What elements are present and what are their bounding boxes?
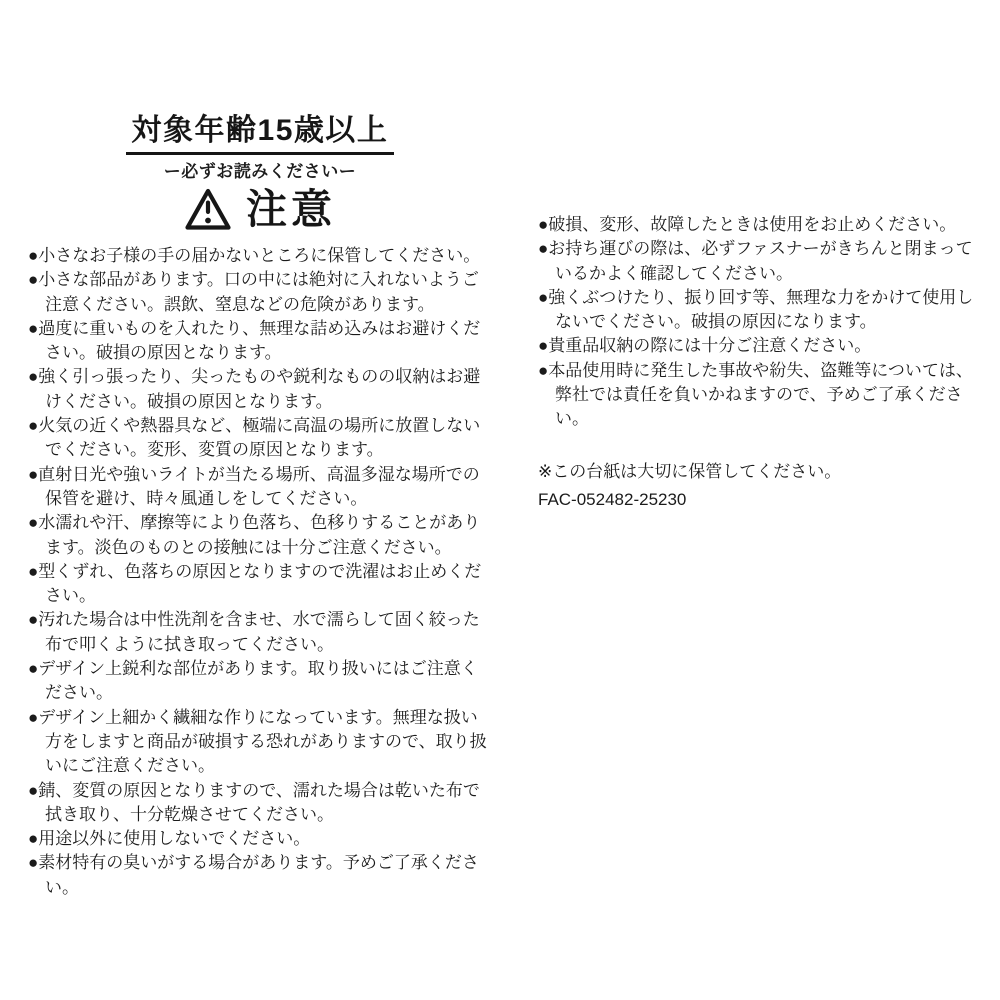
caution-item: ●直射日光や強いライトが当たる場所、高温多湿な場所での保管を避け、時々風通しをし… [28,463,492,512]
caution-list-left: ●小さなお子様の手の届かないところに保管してください。●小さな部品があります。口… [28,244,492,900]
caution-item: ●強くぶつけたり、振り回す等、無理な力をかけて使用しないでください。破損の原因に… [538,286,986,335]
caution-item: ●火気の近くや熱器具など、極端に高温の場所に放置しないでください。変形、変質の原… [28,414,492,463]
caution-heading: 注意 [28,187,492,232]
page-title: 対象年齢15歳以上 [126,114,395,155]
caution-label: 注意 [246,189,336,230]
caution-item: ●お持ち運びの際は、必ずファスナーがきちんと閉まっているかよく確認してください。 [538,237,986,286]
keep-card-note: ※この台紙は大切に保管してください。 [538,458,986,486]
product-code: FAC-052482-25230 [538,486,986,514]
caution-item: ●小さな部品があります。口の中には絶対に入れないようご注意ください。誤飲、窒息な… [28,268,492,317]
caution-item: ●破損、変形、故障したときは使用をお止めください。 [538,213,986,237]
caution-item: ●デザイン上鋭利な部位があります。取り扱いにはご注意ください。 [28,657,492,706]
notes-block: ※この台紙は大切に保管してください。 FAC-052482-25230 [538,458,986,514]
header: 対象年齢15歳以上 ー必ずお読みくださいー 注意 [28,114,492,232]
subtitle: ー必ずお読みくださいー [28,157,492,182]
left-column: ●小さなお子様の手の届かないところに保管してください。●小さな部品があります。口… [28,244,492,900]
caution-item: ●水濡れや汗、摩擦等により色落ち、色移りすることがあります。淡色のものとの接触に… [28,511,492,560]
caution-item: ●本品使用時に発生した事故や紛失、盗難等については、弊社では責任を負いかねますの… [538,359,986,432]
caution-item: ●小さなお子様の手の届かないところに保管してください。 [28,244,492,268]
caution-item: ●素材特有の臭いがする場合があります。予めご了承ください。 [28,851,492,900]
caution-item: ●汚れた場合は中性洗剤を含ませ、水で濡らして固く絞った布で叩くように拭き取ってく… [28,608,492,657]
caution-list-right: ●破損、変形、故障したときは使用をお止めください。●お持ち運びの際は、必ずファス… [538,213,986,432]
caution-item: ●型くずれ、色落ちの原因となりますので洗濯はお止めください。 [28,560,492,609]
caution-item: ●用途以外に使用しないでください。 [28,827,492,851]
caution-item: ●過度に重いものを入れたり、無理な詰め込みはお避けください。破損の原因となります… [28,317,492,366]
right-column: ●破損、変形、故障したときは使用をお止めください。●お持ち運びの際は、必ずファス… [538,213,986,514]
caution-sheet: 対象年齢15歳以上 ー必ずお読みくださいー 注意 ●小さなお子様の手の届かないと… [0,0,1000,1000]
caution-item: ●デザイン上細かく繊細な作りになっています。無理な扱い方をしますと商品が破損する… [28,706,492,779]
warning-triangle-icon [184,187,232,232]
caution-item: ●錆、変質の原因となりますので、濡れた場合は乾いた布で拭き取り、十分乾燥させてく… [28,779,492,828]
title-row: 対象年齢15歳以上 [28,114,492,155]
caution-item: ●貴重品収納の際には十分ご注意ください。 [538,334,986,358]
caution-item: ●強く引っ張ったり、尖ったものや鋭利なものの収納はお避けください。破損の原因とな… [28,365,492,414]
